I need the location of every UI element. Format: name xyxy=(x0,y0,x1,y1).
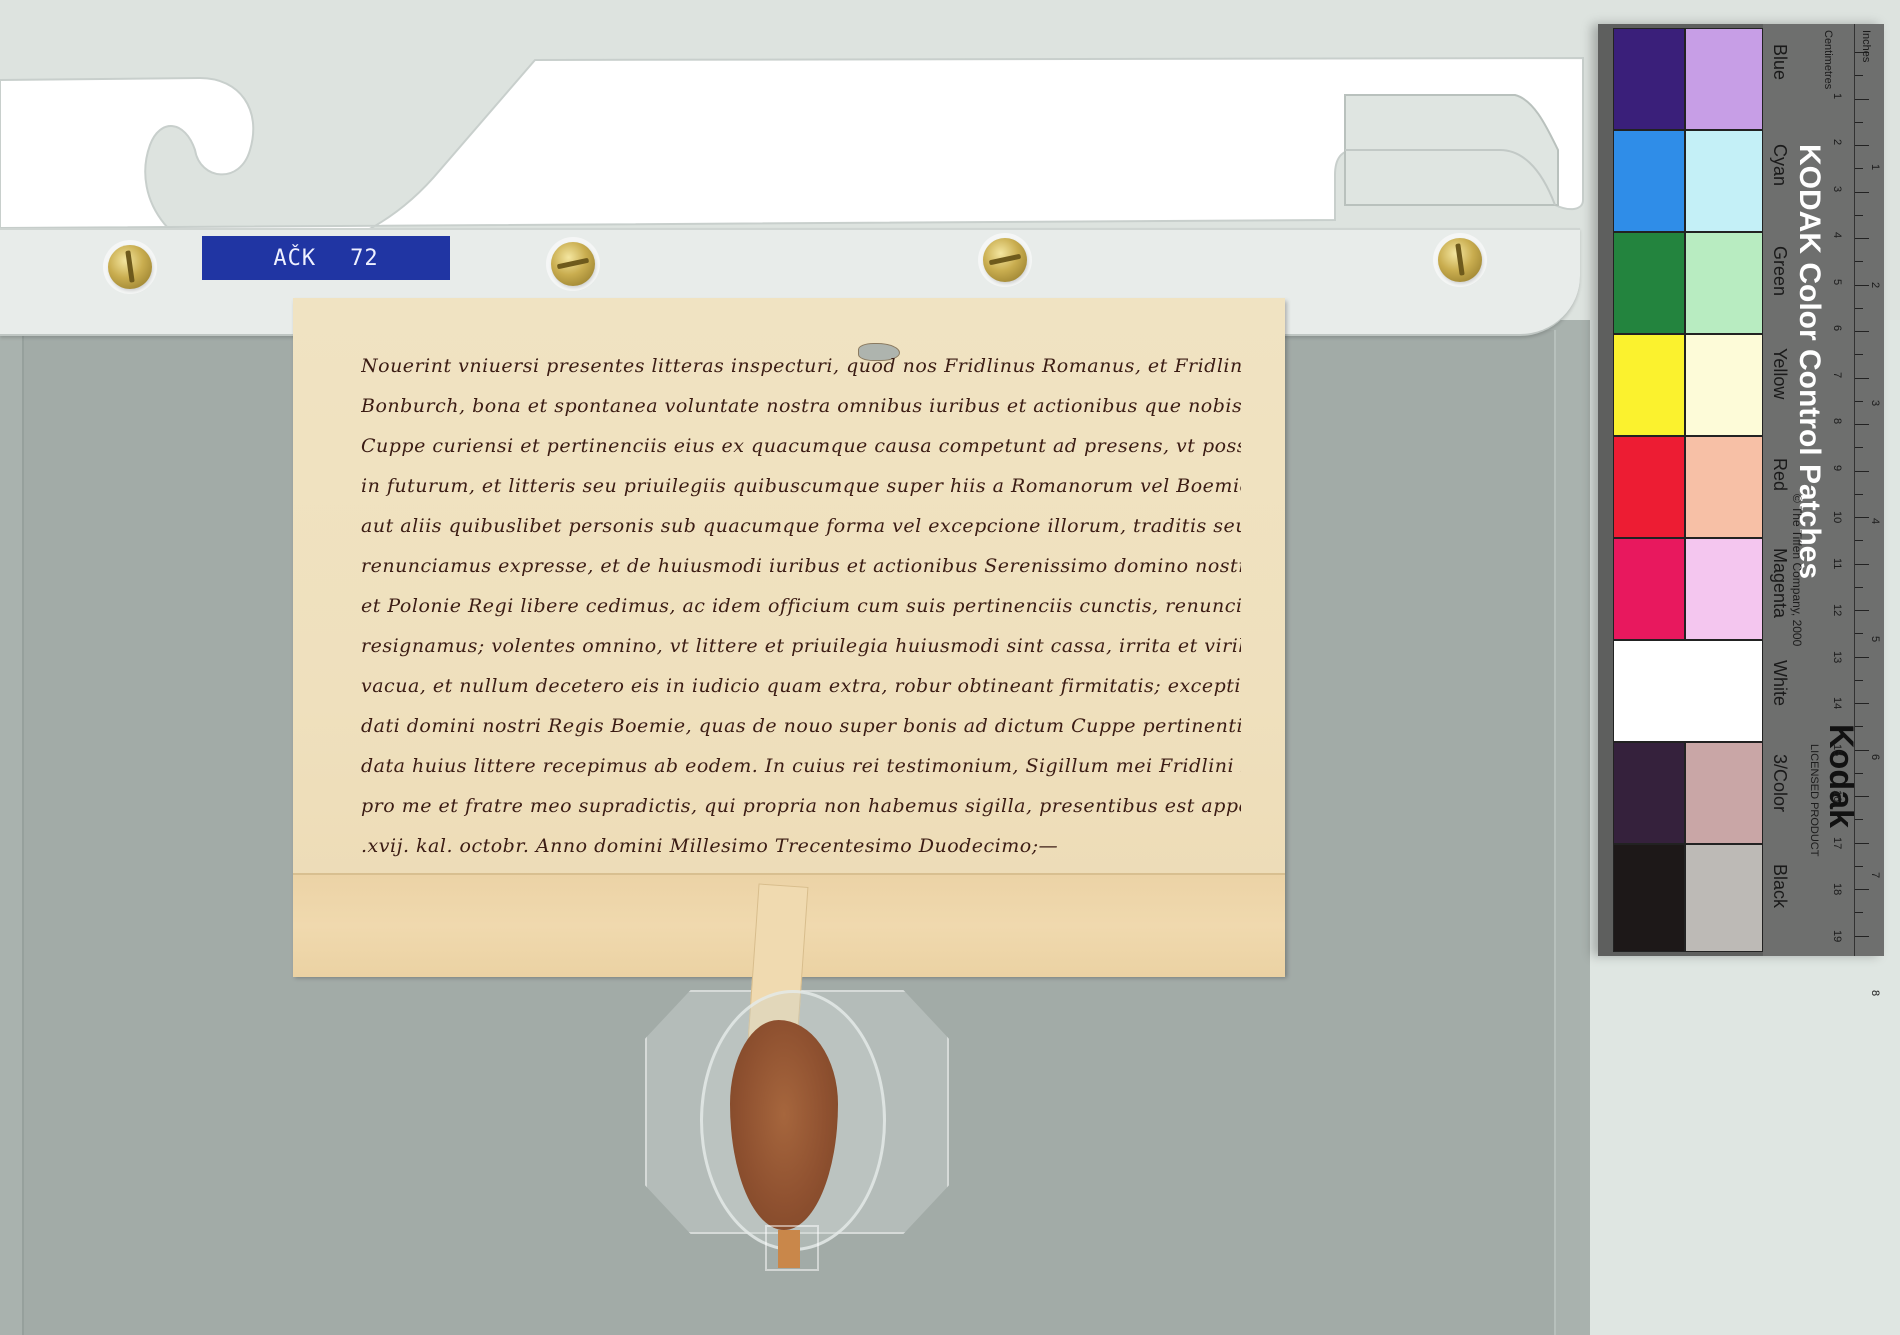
charter-text: Nouerint vniuersi presentes litteras ins… xyxy=(361,346,1241,866)
ruler-cm-label: 3 xyxy=(1831,186,1843,192)
ruler-tick xyxy=(1855,494,1863,495)
patch-blue-light xyxy=(1685,28,1763,130)
patch-row-blue xyxy=(1613,28,1763,130)
archive-label-number: 72 xyxy=(350,246,379,271)
ruler-tick xyxy=(1855,912,1863,913)
licensed-product-text: LICENSED PRODUCT xyxy=(1808,744,1820,856)
ruler-inch-label: 7 xyxy=(1869,872,1881,878)
patch-3color-dark xyxy=(1613,742,1685,844)
ruler-unit-inches: Inches xyxy=(1860,30,1872,62)
ruler-inch-label: 8 xyxy=(1869,990,1881,996)
ruler-tick xyxy=(1855,378,1869,379)
patch-yellow-dark xyxy=(1613,334,1685,436)
patch-3color-light xyxy=(1685,742,1763,844)
ruler-tick xyxy=(1855,447,1863,448)
patch-row-white xyxy=(1613,640,1763,742)
ruler-tick xyxy=(1855,750,1869,751)
ruler-cm-label: 12 xyxy=(1831,604,1843,616)
ruler-tick xyxy=(1855,726,1863,727)
label-black: Black xyxy=(1766,864,1790,966)
ruler-cm-label: 11 xyxy=(1831,558,1843,569)
label-red: Red xyxy=(1766,458,1790,560)
kodak-color-chart: Blue Cyan Green Yellow Red Magenta White… xyxy=(1598,24,1884,956)
ruler-tick xyxy=(1855,331,1869,332)
patch-cyan-light xyxy=(1685,130,1763,232)
ruler-inch-label: 6 xyxy=(1869,754,1881,760)
ruler-tick xyxy=(1855,680,1863,681)
ruler-tick xyxy=(1855,517,1869,518)
ruler-tick xyxy=(1855,936,1869,937)
ruler-cm-label: 7 xyxy=(1831,372,1843,378)
text-line: Cuppe curiensi et pertinenciis eius ex q… xyxy=(361,426,1241,466)
ruler-tick xyxy=(1855,354,1863,355)
ruler-tick xyxy=(1855,564,1869,565)
screw-icon xyxy=(1438,238,1482,282)
label-yellow: Yellow xyxy=(1766,348,1790,450)
patch-green-light xyxy=(1685,232,1763,334)
ruler-tick xyxy=(1855,215,1863,216)
ruler-tick xyxy=(1855,424,1869,425)
ruler-tick xyxy=(1855,703,1869,704)
ruler-tick xyxy=(1855,238,1869,239)
text-line: resignamus; volentes omnino, vt littere … xyxy=(361,626,1241,666)
ruler-inch-label: 2 xyxy=(1869,282,1881,288)
screw-icon xyxy=(551,242,595,286)
ruler-tick xyxy=(1855,401,1863,402)
charter-parchment: Nouerint vniuersi presentes litteras ins… xyxy=(293,298,1285,975)
patch-row-green xyxy=(1613,232,1763,334)
text-line: renunciamus expresse, et de huiusmodi iu… xyxy=(361,546,1241,586)
patch-yellow-light xyxy=(1685,334,1763,436)
ruler-tick xyxy=(1855,657,1869,658)
ruler-tick xyxy=(1855,99,1869,100)
ruler-cm-label: 8 xyxy=(1831,418,1843,424)
patch-green-dark xyxy=(1613,232,1685,334)
text-line: Nouerint vniuersi presentes litteras ins… xyxy=(361,346,1241,386)
ruler-cm-label: 15 xyxy=(1831,744,1843,756)
ruler-unit-cm: Centimetres xyxy=(1822,30,1834,89)
text-line: aut aliis quibuslibet personis sub quacu… xyxy=(361,506,1241,546)
ruler-tick xyxy=(1855,168,1863,169)
patch-black-light xyxy=(1685,844,1763,952)
ruler-cm-label: 9 xyxy=(1831,465,1843,471)
text-line: Bonburch, bona et spontanea voluntate no… xyxy=(361,386,1241,426)
ruler-cm-label: 4 xyxy=(1831,232,1843,238)
text-line: .xvij. kal. octobr. Anno domini Millesim… xyxy=(361,826,1241,866)
patch-row-black xyxy=(1613,844,1763,952)
patch-blue-dark xyxy=(1613,28,1685,130)
ruler-cm-label: 1 xyxy=(1831,93,1843,99)
ruler-tick xyxy=(1855,889,1869,890)
seal-strap-end xyxy=(778,1230,800,1268)
ruler-inch-label: 5 xyxy=(1869,636,1881,642)
label-white: White xyxy=(1766,660,1790,762)
ruler-cm-label: 18 xyxy=(1831,883,1843,895)
ruler-tick xyxy=(1855,866,1863,867)
archive-label-prefix: AČK xyxy=(273,246,316,271)
label-green: Green xyxy=(1766,246,1790,348)
text-line: in futurum, et litteris seu priuilegiis … xyxy=(361,466,1241,506)
label-3color: 3/Color xyxy=(1766,754,1790,856)
patch-row-red xyxy=(1613,436,1763,538)
ruler-tick xyxy=(1855,285,1869,286)
ruler-tick xyxy=(1855,610,1869,611)
ruler-tick xyxy=(1855,471,1869,472)
text-line: dati domini nostri Regis Boemie, quas de… xyxy=(361,706,1241,746)
ruler: 1234567891011121314151617181912345678 xyxy=(1854,24,1885,956)
ruler-tick xyxy=(1855,843,1869,844)
label-blue: Blue xyxy=(1766,44,1790,146)
patch-magenta-light xyxy=(1685,538,1763,640)
ruler-cm-label: 13 xyxy=(1831,651,1843,663)
text-line: data huius littere recepimus ab eodem. I… xyxy=(361,746,1241,786)
ruler-tick xyxy=(1855,819,1863,820)
screw-icon xyxy=(983,238,1027,282)
ruler-tick xyxy=(1855,261,1863,262)
ruler-cm-label: 5 xyxy=(1831,279,1843,285)
ruler-cm-label: 14 xyxy=(1831,697,1843,709)
ruler-inch-label: 1 xyxy=(1869,164,1881,170)
patch-red-light xyxy=(1685,436,1763,538)
patch-magenta-dark xyxy=(1613,538,1685,640)
ruler-tick xyxy=(1855,145,1869,146)
ruler-tick xyxy=(1855,192,1869,193)
ruler-cm-label: 16 xyxy=(1831,790,1843,802)
patch-row-3color xyxy=(1613,742,1763,844)
patch-row-yellow xyxy=(1613,334,1763,436)
ruler-cm-label: 17 xyxy=(1831,837,1843,849)
label-magenta: Magenta xyxy=(1766,548,1790,650)
patch-white xyxy=(1613,640,1763,742)
ruler-inch-label: 3 xyxy=(1869,400,1881,406)
ruler-tick xyxy=(1855,75,1863,76)
ruler-tick xyxy=(1855,796,1869,797)
hanger-frame xyxy=(0,0,1600,240)
archive-label: AČK 72 xyxy=(202,236,450,280)
ruler-cm-label: 19 xyxy=(1831,930,1843,942)
ruler-tick xyxy=(1855,540,1863,541)
chart-copyright: © The Tiffen Company, 2000 xyxy=(1790,494,1804,646)
ruler-tick xyxy=(1855,633,1863,634)
patch-row-magenta xyxy=(1613,538,1763,640)
screw-icon xyxy=(108,245,152,289)
ruler-tick xyxy=(1855,773,1863,774)
text-line: pro me et fratre meo supradictis, qui pr… xyxy=(361,786,1241,826)
ruler-cm-label: 6 xyxy=(1831,325,1843,331)
label-cyan: Cyan xyxy=(1766,144,1790,246)
ruler-tick xyxy=(1855,308,1863,309)
ruler-tick xyxy=(1855,122,1863,123)
patch-row-cyan xyxy=(1613,130,1763,232)
text-line: vacua, et nullum decetero eis in iudicio… xyxy=(361,666,1241,706)
ruler-inch-label: 4 xyxy=(1869,518,1881,524)
ruler-tick xyxy=(1855,587,1863,588)
patch-red-dark xyxy=(1613,436,1685,538)
patch-black-dark xyxy=(1613,844,1685,952)
text-line: et Polonie Regi libere cedimus, ac idem … xyxy=(361,586,1241,626)
ruler-cm-label: 2 xyxy=(1831,139,1843,145)
patch-cyan-dark xyxy=(1613,130,1685,232)
ruler-cm-label: 10 xyxy=(1831,511,1843,523)
